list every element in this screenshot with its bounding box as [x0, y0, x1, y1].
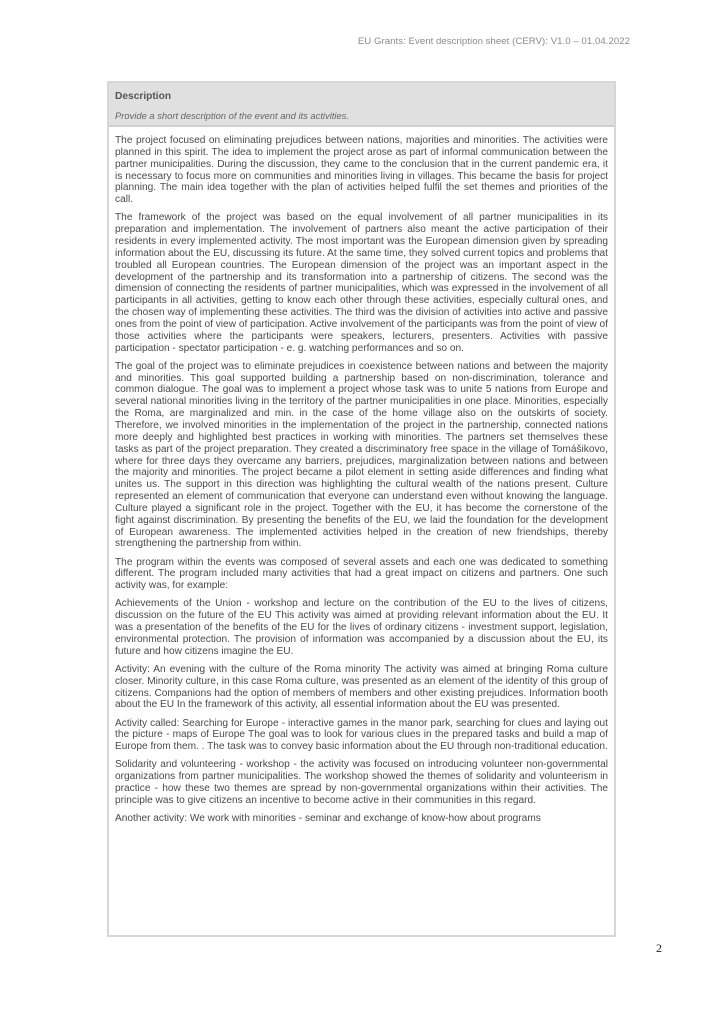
description-section: Description Provide a short description … — [107, 81, 616, 937]
paragraph-activity-minorities: Another activity: We work with minoritie… — [115, 813, 608, 825]
document-header: EU Grants: Event description sheet (CERV… — [358, 36, 630, 47]
paragraph-project-focus: The project focused on eliminating preju… — [115, 135, 608, 206]
paragraph-activity-achievements: Achievements of the Union - workshop and… — [115, 598, 608, 657]
description-body: The project focused on eliminating preju… — [109, 127, 614, 825]
paragraph-activity-searching-europe: Activity called: Searching for Europe - … — [115, 718, 608, 754]
paragraph-framework: The framework of the project was based o… — [115, 212, 608, 354]
paragraph-program: The program within the events was compos… — [115, 557, 608, 593]
description-header: Description Provide a short description … — [109, 83, 614, 127]
page-number: 2 — [656, 941, 662, 956]
paragraph-activity-solidarity: Solidarity and volunteering - workshop -… — [115, 759, 608, 806]
section-instructions: Provide a short description of the event… — [115, 109, 608, 123]
section-title: Description — [115, 90, 608, 104]
paragraph-goal: The goal of the project was to eliminate… — [115, 361, 608, 551]
paragraph-activity-roma-evening: Activity: An evening with the culture of… — [115, 664, 608, 711]
